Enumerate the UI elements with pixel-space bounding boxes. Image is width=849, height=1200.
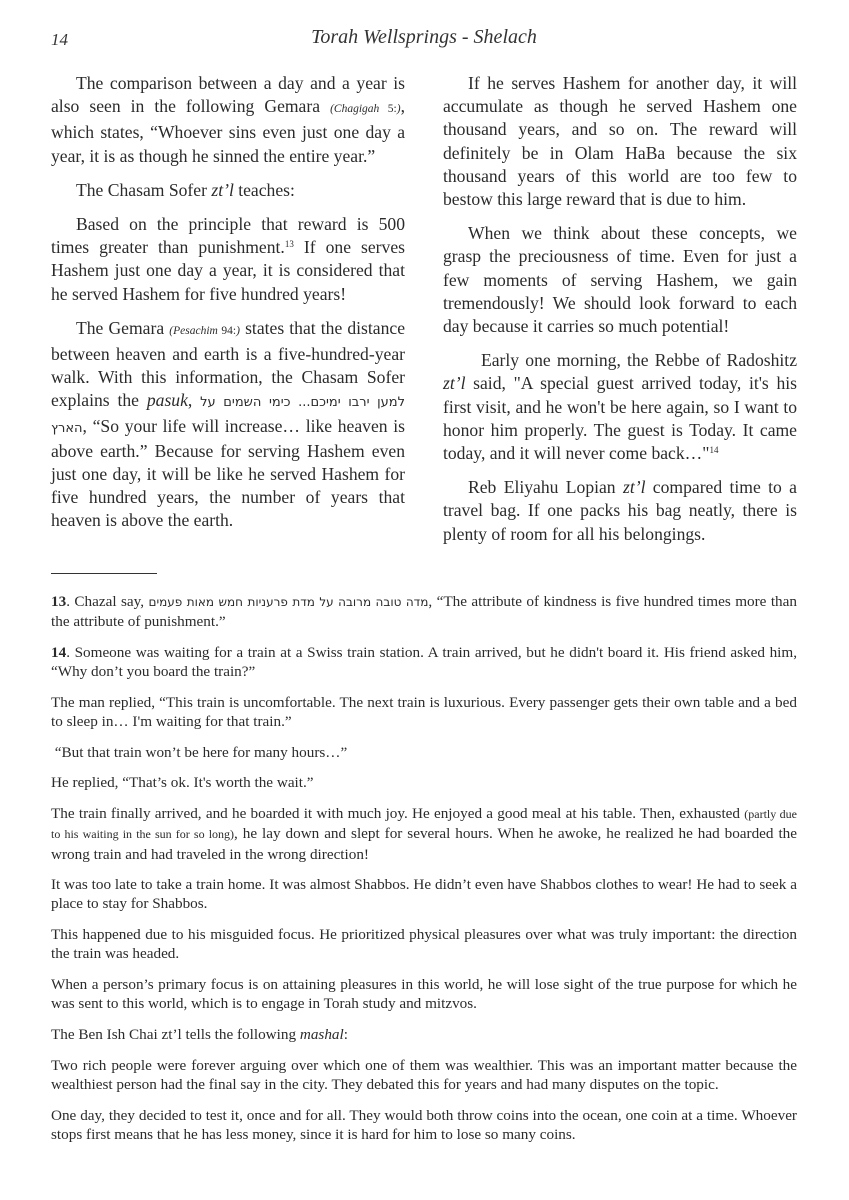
footnote-paragraph: When a person’s primary focus is on atta… bbox=[51, 975, 797, 1013]
right-column: If he serves Hashem for another day, it … bbox=[443, 72, 797, 557]
paragraph-another-day: If he serves Hashem for another day, it … bbox=[443, 72, 797, 211]
paragraph-day-year-comparison: The comparison between a day and a year … bbox=[51, 72, 405, 168]
footnote-paragraph: The man replied, “This train is uncomfor… bbox=[51, 693, 797, 731]
footnote-paragraph: The train finally arrived, and he boarde… bbox=[51, 804, 797, 864]
source-citation: (Chagigah 5:) bbox=[330, 103, 401, 115]
left-column: The comparison between a day and a year … bbox=[51, 72, 405, 557]
source-citation: (Pesachim 94:) bbox=[169, 325, 240, 337]
paragraph-reward-principle: Based on the principle that reward is 50… bbox=[51, 213, 405, 306]
footnotes: 13. Chazal say, מדה טובה מרובה על מדת פר… bbox=[51, 592, 797, 1155]
footnote-paragraph: The Ben Ish Chai zt’l tells the followin… bbox=[51, 1025, 797, 1044]
footnote-14: 14. Someone was waiting for a train at a… bbox=[51, 643, 797, 681]
page-header: 14 Torah Wellsprings - Shelach bbox=[51, 26, 797, 56]
paragraph-travel-bag: Reb Eliyahu Lopian zt’l compared time to… bbox=[443, 476, 797, 546]
running-title: Torah Wellsprings - Shelach bbox=[51, 26, 797, 49]
footnote-paragraph: He replied, “That’s ok. It's worth the w… bbox=[51, 773, 797, 792]
paragraph-chasam-sofer-teaches: The Chasam Sofer zt’l teaches: bbox=[51, 179, 405, 202]
paragraph-rebbe-of-radoshitz: Early one morning, the Rebbe of Radoshit… bbox=[443, 349, 797, 465]
footnote-paragraph: This happened due to his misguided focus… bbox=[51, 925, 797, 963]
footnote-paragraph: It was too late to take a train home. It… bbox=[51, 875, 797, 913]
footnote-13: 13. Chazal say, מדה טובה מרובה על מדת פר… bbox=[51, 592, 797, 631]
body-columns: The comparison between a day and a year … bbox=[51, 72, 797, 557]
footnote-paragraph: One day, they decided to test it, once a… bbox=[51, 1106, 797, 1144]
footnote-paragraph: “But that train won’t be here for many h… bbox=[51, 743, 797, 762]
paragraph-preciousness-of-time: When we think about these concepts, we g… bbox=[443, 222, 797, 338]
paragraph-gemara-pesachim: The Gemara (Pesachim 94:) states that th… bbox=[51, 317, 405, 533]
footnote-separator bbox=[51, 573, 157, 574]
hebrew-quote: מדה טובה מרובה על מדת פרעניות חמש מאות פ… bbox=[149, 595, 429, 609]
footnote-ref-13[interactable]: 13 bbox=[285, 239, 294, 249]
footnote-paragraph: Two rich people were forever arguing ove… bbox=[51, 1056, 797, 1094]
footnote-ref-14[interactable]: 14 bbox=[709, 445, 718, 455]
